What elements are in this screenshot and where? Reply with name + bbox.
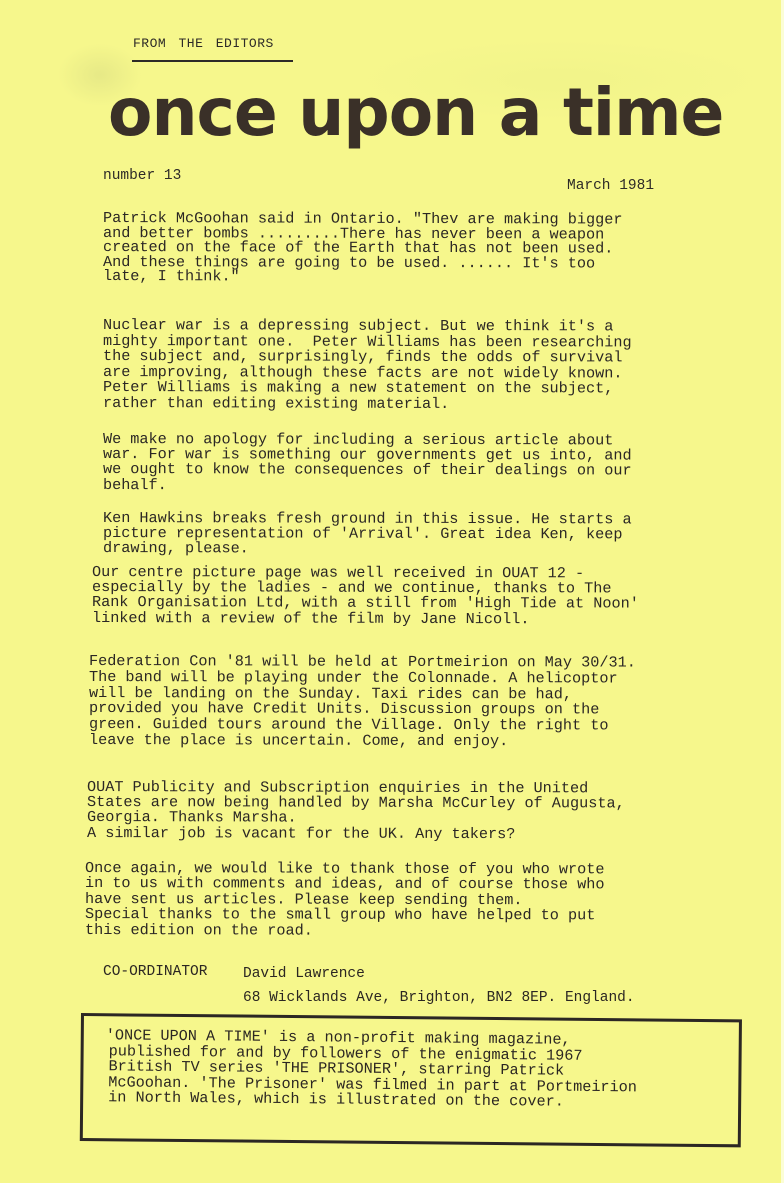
- notice-line: in North Wales, which is illustrated on …: [108, 1090, 564, 1109]
- paragraph-line: behalf.: [103, 478, 167, 493]
- paragraph-line: we ought to know the consequences of the…: [103, 462, 632, 478]
- coordinator-label: CO-ORDINATOR: [103, 964, 207, 980]
- coordinator-address: 68 Wicklands Ave, Brighton, BN2 8EP. Eng…: [243, 990, 635, 1006]
- newsletter-page: FROM THE EDITORS once upon a time number…: [0, 0, 781, 1183]
- paragraph-line: drawing, please.: [103, 541, 249, 556]
- paragraph-line: late, I think.": [103, 269, 240, 284]
- masthead-title: once upon a time: [108, 73, 723, 153]
- paragraph-line: leave the place is uncertain. Come, and …: [89, 733, 508, 749]
- paragraph-line: A similar job is vacant for the UK. Any …: [87, 826, 515, 842]
- paragraph-line: linked with a review of the film by Jane…: [92, 611, 530, 627]
- section-label-underline: [132, 60, 293, 62]
- coordinator-name: David Lawrence: [243, 966, 365, 982]
- paragraph-line: this edition on the road.: [85, 923, 313, 938]
- paragraph-line: rather than editing existing material.: [103, 396, 449, 412]
- issue-number: number 13: [103, 168, 181, 184]
- notice-box: 'ONCE UPON A TIME' is a non-profit makin…: [80, 1013, 742, 1147]
- section-label: FROM THE EDITORS: [133, 36, 274, 51]
- issue-date: March 1981: [567, 178, 654, 194]
